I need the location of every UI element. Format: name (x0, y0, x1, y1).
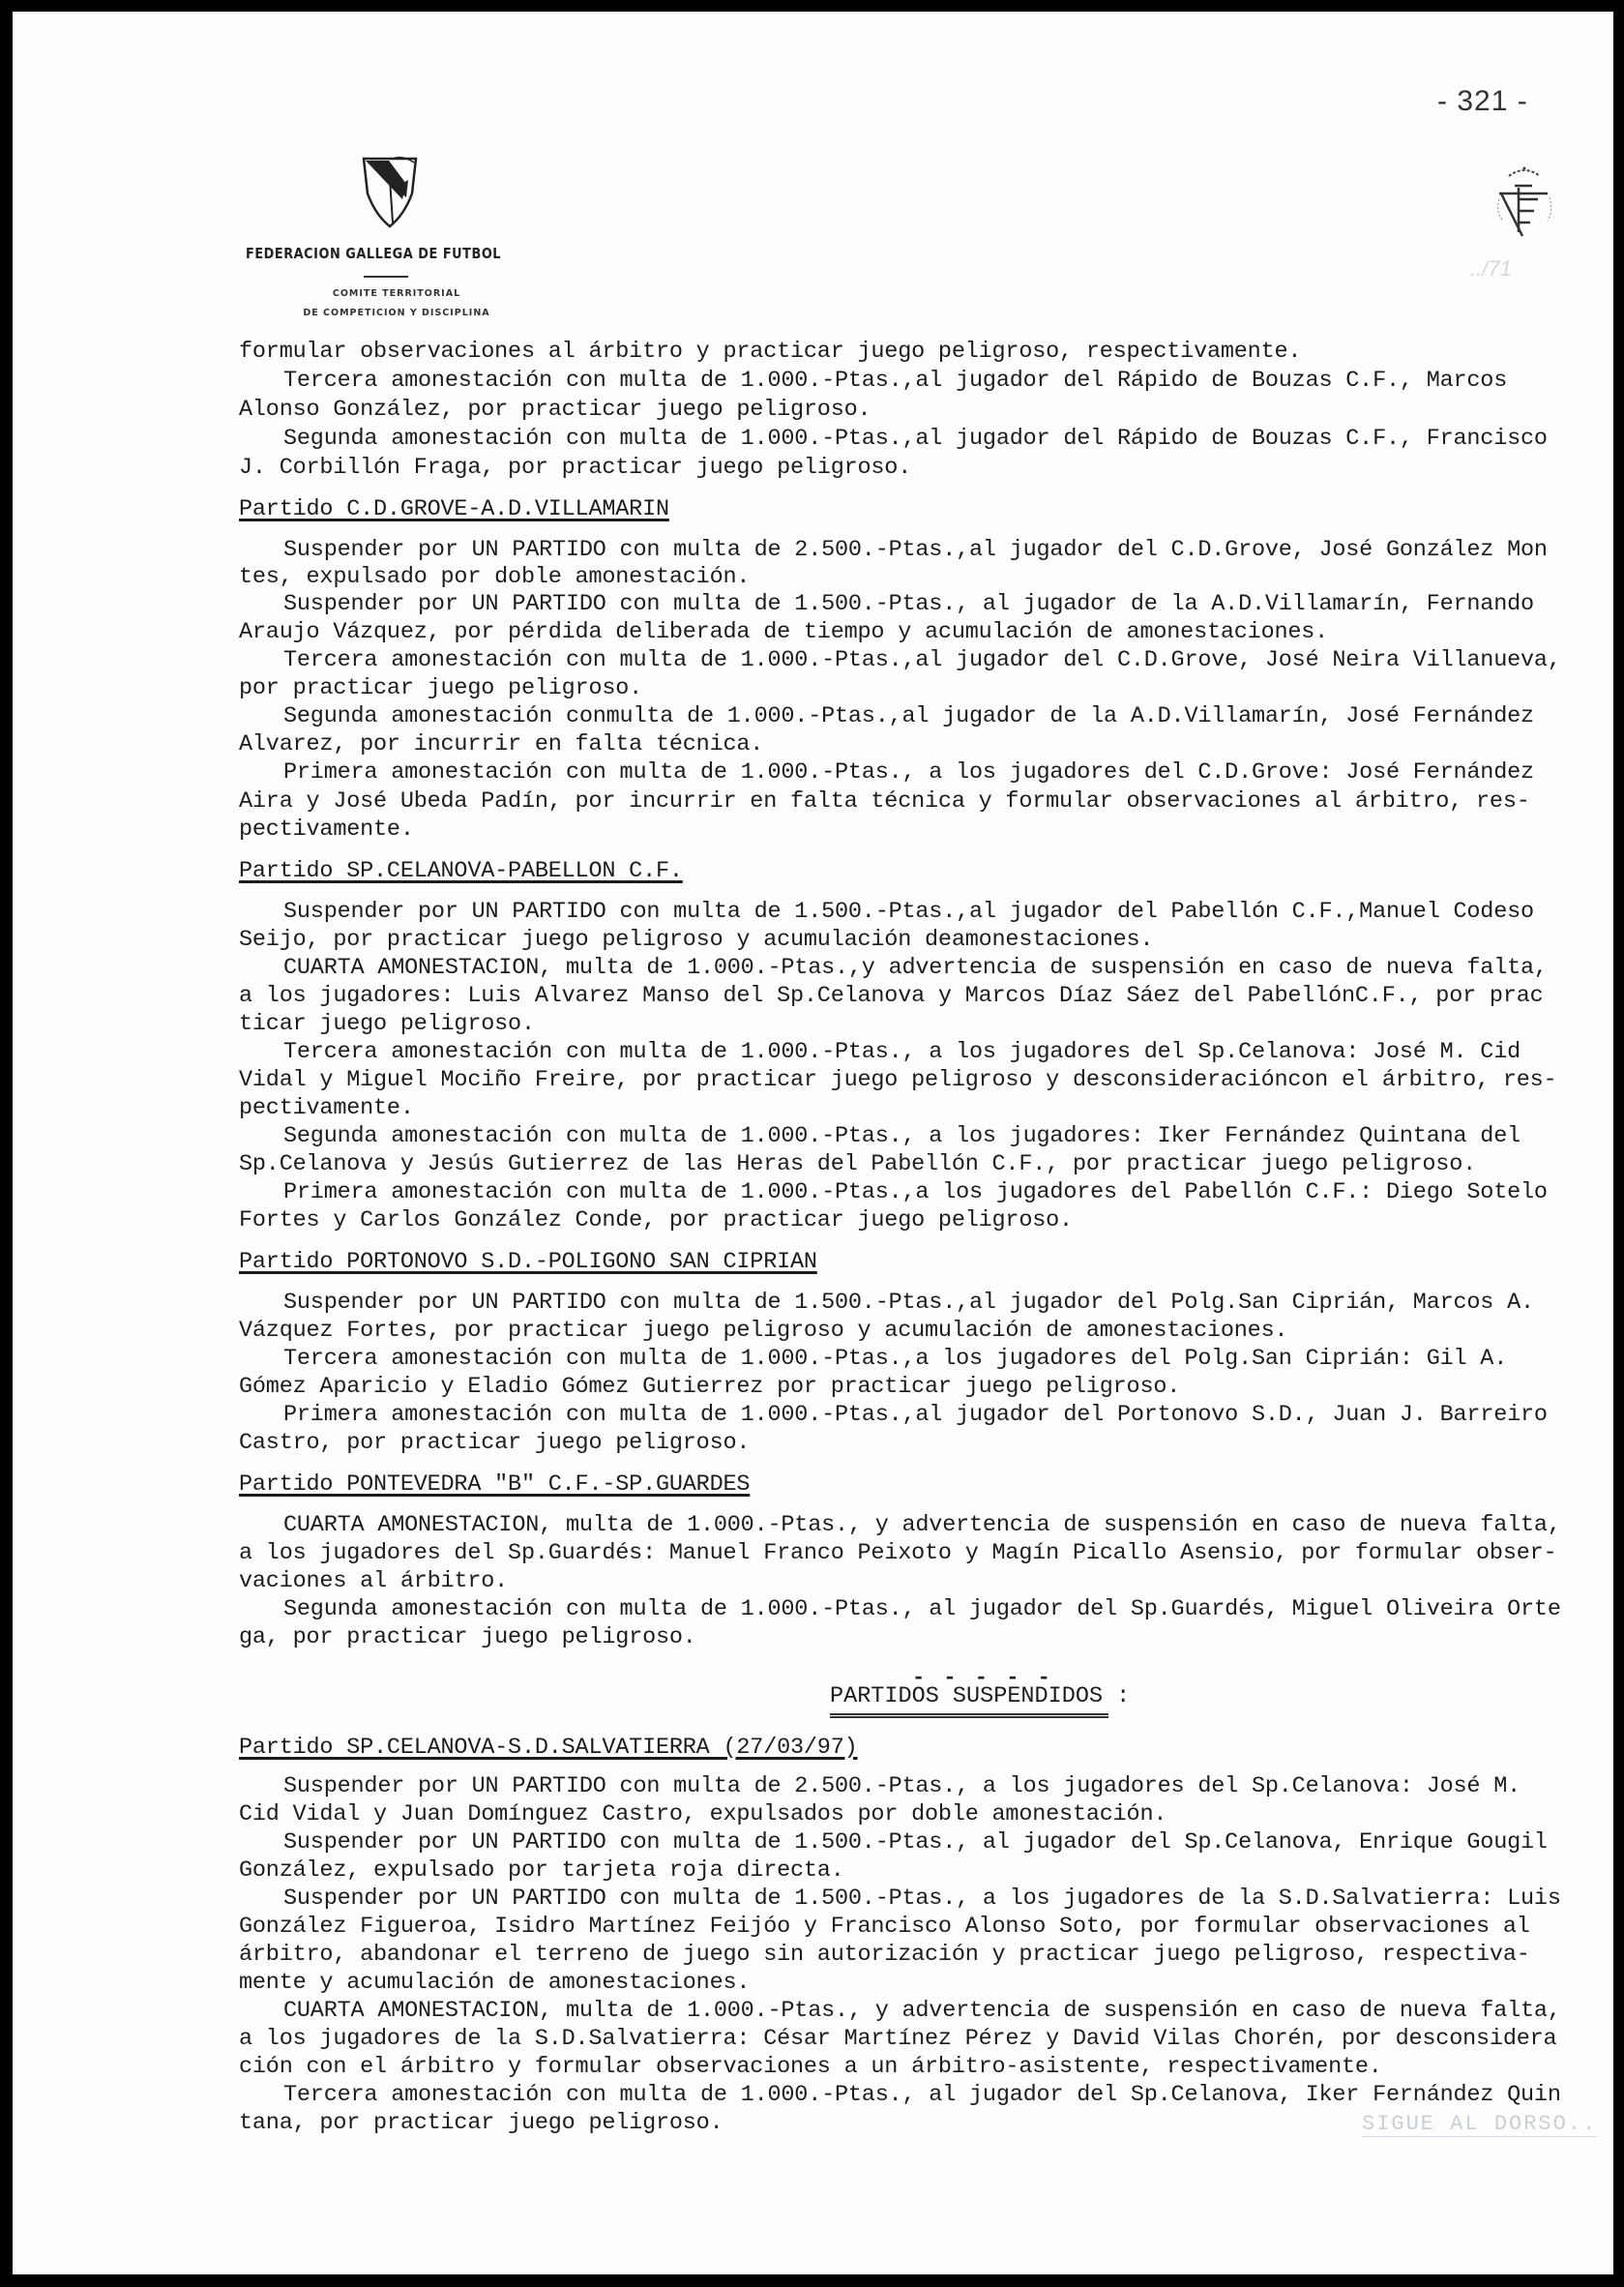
text-line: CUARTA AMONESTACION, multa de 1.000.-Pta… (283, 955, 1548, 982)
text-line: pectivamente. (239, 817, 414, 844)
text-line: formular observaciones al árbitro y prac… (239, 339, 1301, 366)
text-line: vaciones al árbitro. (239, 1568, 508, 1595)
galician-federation-shield-icon (360, 155, 420, 228)
text-line: González, expulsado por tarjeta roja dir… (239, 1857, 844, 1885)
text-line: Suspender por UN PARTIDO con multa de 1.… (283, 1290, 1534, 1317)
text-line: ticar juego peligroso. (239, 1011, 535, 1038)
text-line: Tercera amonestación con multa de 1.000.… (283, 1346, 1507, 1373)
text-line: Sp.Celanova y Jesús Gutierrez de las Her… (239, 1151, 1476, 1178)
text-line: Primera amonestación con multa de 1.000.… (283, 1402, 1548, 1429)
text-line: por practicar juego peligroso. (239, 675, 642, 702)
match-heading: Partido SP.CELANOVA-S.D.SALVATIERRA (27/… (239, 1735, 858, 1762)
text-line: Suspender por UN PARTIDO con multa de 2.… (283, 537, 1548, 564)
text-line: a los jugadores de la S.D.Salvatierra: C… (239, 2026, 1556, 2053)
text-line: ción con el árbitro y formular observaci… (239, 2054, 1382, 2081)
text-line: Suspender por UN PARTIDO con multa de 1.… (283, 591, 1534, 618)
text-line: Alvarez, por incurrir en falta técnica. (239, 731, 763, 758)
text-line: pectivamente. (239, 1095, 414, 1122)
text-line: Segunda amonestación con multa de 1.000.… (283, 426, 1548, 453)
text-line: Araujo Vázquez, por pérdida deliberada d… (239, 619, 1328, 646)
text-line: a los jugadores del Sp.Guardés: Manuel F… (239, 1540, 1556, 1567)
text-line: Tercera amonestación con multa de 1.000.… (283, 1039, 1521, 1066)
text-line: tes, expulsado por doble amonestación. (239, 564, 750, 591)
text-line: Suspender por UN PARTIDO con multa de 1.… (283, 1829, 1548, 1856)
text-line: tana, por practicar juego peligroso. (239, 2110, 723, 2137)
text-line: Seijo, por practicar juego peligroso y a… (239, 927, 1153, 954)
text-line: Alonso González, por practicar juego pel… (239, 397, 871, 424)
double-underline (830, 1713, 1108, 1718)
match-heading: Partido SP.CELANOVA-PABELLON C.F. (239, 858, 683, 885)
text-line: Suspender por UN PARTIDO con multa de 1.… (283, 1886, 1561, 1913)
rfef-crest-icon (1495, 161, 1555, 248)
committee-line-1: COMITE TERRITORIAL (251, 288, 542, 299)
text-line: Primera amonestación con multa de 1.000.… (283, 759, 1534, 787)
text-line: Castro, por practicar juego peligroso. (239, 1430, 750, 1457)
match-heading: Partido PORTONOVO S.D.-POLIGONO SAN CIPR… (239, 1249, 817, 1276)
match-heading: Partido C.D.GROVE-A.D.VILLAMARIN (239, 496, 669, 523)
text-line: CUARTA AMONESTACION, multa de 1.000.-Pta… (283, 1512, 1561, 1539)
handwritten-mark: ../71 (1470, 256, 1512, 282)
text-line: árbitro, abandonar el terreno de juego s… (239, 1942, 1530, 1969)
suspended-matches-title: PARTIDOS SUSPENDIDOS : (830, 1683, 1130, 1709)
text-line: Fortes y Carlos González Conde, por prac… (239, 1207, 1073, 1234)
text-line: mente y acumulación de amonestaciones. (239, 1970, 750, 1997)
divider (364, 276, 408, 278)
text-line: Segunda amonestación con multa de 1.000.… (283, 1123, 1521, 1150)
text-line: J. Corbillón Fraga, por practicar juego … (239, 455, 911, 482)
text-line: González Figueroa, Isidro Martínez Feijó… (239, 1914, 1530, 1941)
text-line: Vázquez Fortes, por practicar juego peli… (239, 1318, 1287, 1345)
text-line: Aira y José Ubeda Padín, por incurrir en… (239, 788, 1530, 816)
text-line: Cid Vidal y Juan Domínguez Castro, expul… (239, 1801, 1166, 1828)
text-line: Tercera amonestación con multa de 1.000.… (283, 647, 1561, 674)
page-number: - 321 - (1437, 85, 1528, 118)
continued-overleaf-stamp: SIGUE AL DORSO.. (1362, 2112, 1597, 2137)
match-heading: Partido PONTEVEDRA "B" C.F.-SP.GUARDES (239, 1471, 750, 1499)
text-line: Gómez Aparicio y Eladio Gómez Gutierrez … (239, 1374, 1180, 1401)
text-line: Segunda amonestación conmulta de 1.000.-… (283, 703, 1534, 730)
committee-line-2: DE COMPETICION Y DISCIPLINA (251, 308, 542, 318)
text-line: a los jugadores: Luis Alvarez Manso del … (239, 983, 1544, 1010)
text-line: Vidal y Miguel Mociño Freire, por practi… (239, 1067, 1556, 1094)
text-line: Primera amonestación con multa de 1.000.… (283, 1179, 1548, 1206)
text-line: CUARTA AMONESTACION, multa de 1.000.-Pta… (283, 1998, 1561, 2025)
organization-name: FEDERACION GALLEGA DE FUTBOL (246, 245, 492, 262)
text-line: Suspender por UN PARTIDO con multa de 2.… (283, 1773, 1521, 1800)
text-line: Tercera amonestación con multa de 1.000.… (283, 368, 1507, 395)
text-line: ga, por practicar juego peligroso. (239, 1624, 696, 1651)
text-line: Suspender por UN PARTIDO con multa de 1.… (283, 899, 1534, 926)
text-line: Tercera amonestación con multa de 1.000.… (283, 2082, 1561, 2109)
text-line: Segunda amonestación con multa de 1.000.… (283, 1596, 1561, 1623)
